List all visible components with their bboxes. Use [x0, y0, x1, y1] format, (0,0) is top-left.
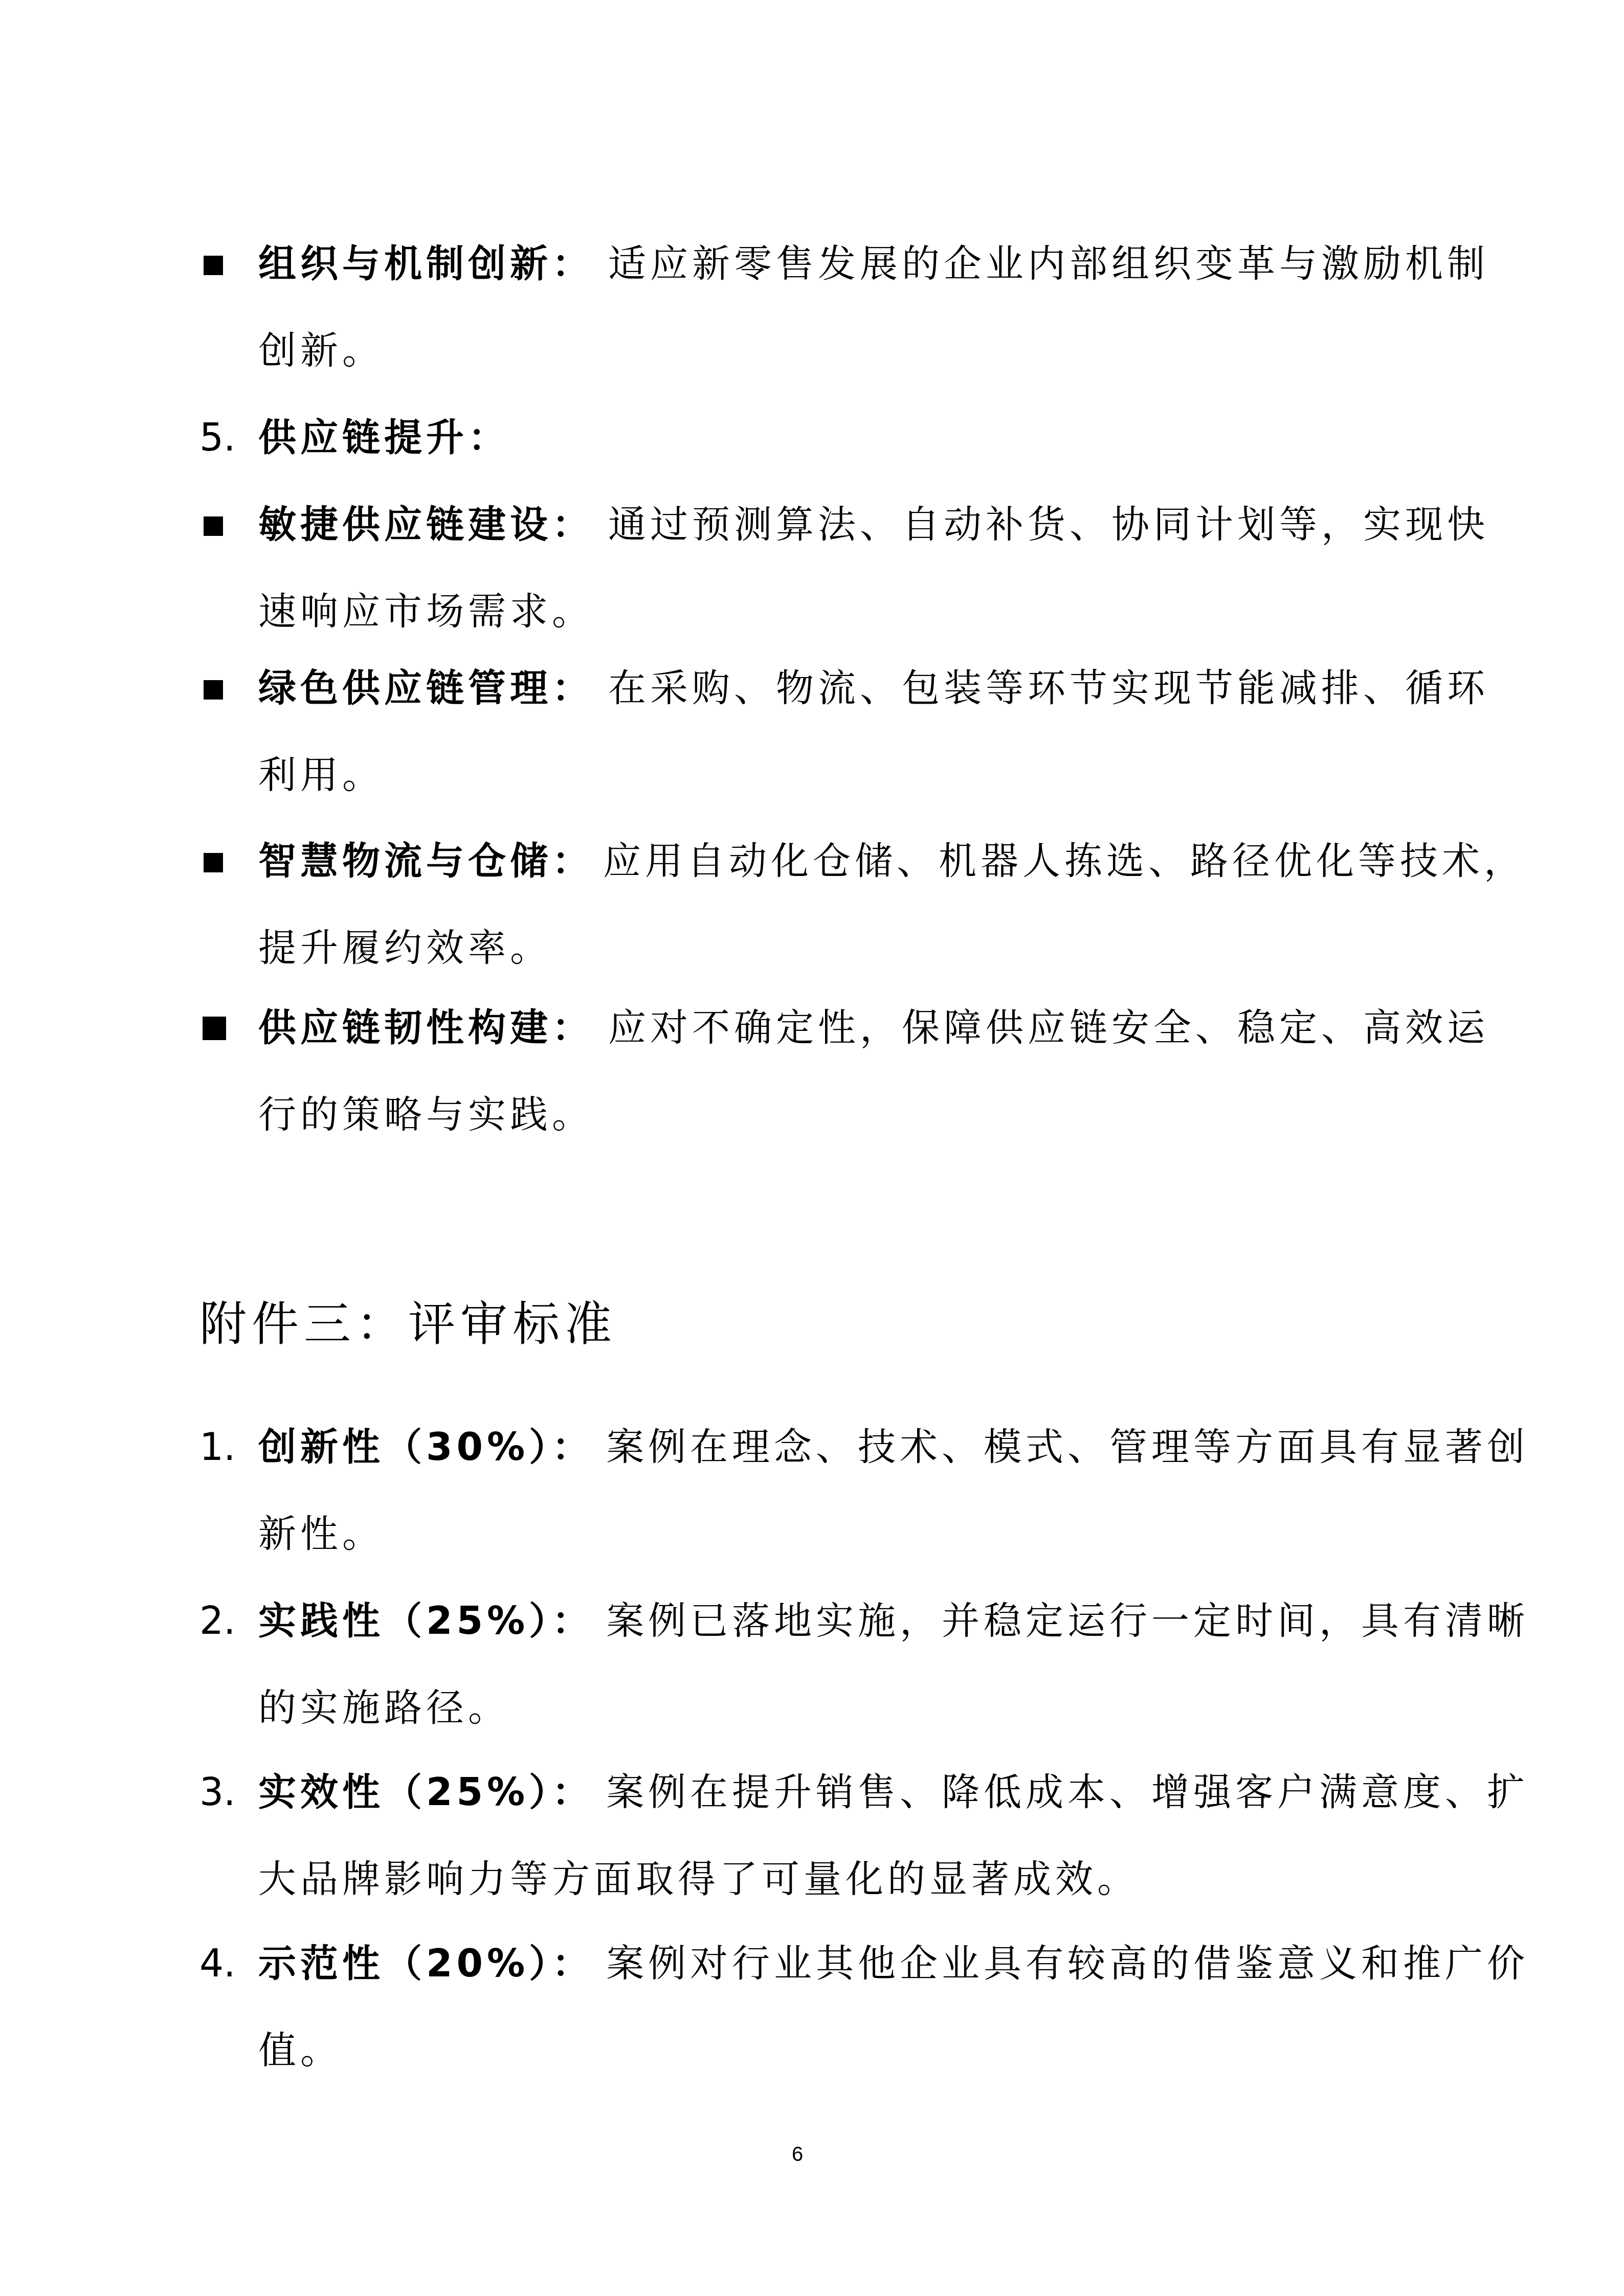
criterion-text: 案例在提升销售、降低成本、增强客户满意度、扩: [606, 1770, 1529, 1814]
criterion-line-1: 示范性（20%）：案例对行业其他企业具有较高的借鉴意义和推广价: [258, 1938, 1529, 1989]
page-number: 6: [792, 2142, 803, 2167]
square-bullet-icon: [204, 516, 223, 536]
bullet-continuation: 行的策略与实践。: [258, 1089, 594, 1140]
criterion-number: 1.: [199, 1422, 236, 1473]
bullet-line-1: 供应链韧性构建：应对不确定性，保障供应链安全、稳定、高效运: [258, 1002, 1489, 1053]
criterion-label: 实效性（25%）：: [258, 1770, 594, 1814]
bullet-text: 适应新零售发展的企业内部组织变革与激励机制: [608, 242, 1489, 286]
bullet-label: 组织与机制创新：: [258, 242, 594, 286]
square-bullet-icon: [204, 853, 223, 872]
bullet-label: 智慧物流与仓储：: [258, 839, 594, 883]
criterion-number: 4.: [199, 1938, 236, 1989]
criterion-label: 实践性（25%）：: [258, 1599, 594, 1643]
criterion-line-1: 实效性（25%）：案例在提升销售、降低成本、增强客户满意度、扩: [258, 1767, 1529, 1818]
criterion-continuation: 值。: [258, 2025, 342, 2076]
bullet-continuation: 利用。: [258, 750, 384, 801]
criterion-line-1: 实践性（25%）：案例已落地实施，并稳定运行一定时间，具有清晰: [258, 1595, 1529, 1647]
criterion-continuation: 大品牌影响力等方面取得了可量化的显著成效。: [258, 1854, 1139, 1905]
bullet-text: 应对不确定性，保障供应链安全、稳定、高效运: [608, 1006, 1489, 1050]
bullet-line-1: 绿色供应链管理：在采购、物流、包装等环节实现节能减排、循环: [258, 663, 1489, 714]
bullet-text: 应用自动化仓储、机器人拣选、路径优化等技术，: [603, 839, 1526, 883]
square-bullet-icon: [204, 680, 223, 700]
bullet-label: 敏捷供应链建设：: [258, 503, 594, 547]
criterion-label: 创新性（30%）：: [258, 1425, 594, 1469]
square-bullet-icon: [204, 256, 223, 275]
criterion-continuation: 新性。: [258, 1509, 384, 1560]
document-page: 组织与机制创新：适应新零售发展的企业内部组织变革与激励机制 创新。 5. 供应链…: [0, 0, 1624, 2296]
criterion-text: 案例在理念、技术、模式、管理等方面具有显著创: [606, 1425, 1529, 1469]
criterion-label: 示范性（20%）：: [258, 1942, 594, 1986]
bullet-label: 绿色供应链管理：: [258, 666, 594, 710]
section-number: 5.: [199, 412, 236, 463]
criterion-continuation: 的实施路径。: [258, 1682, 510, 1734]
criterion-number: 2.: [199, 1595, 236, 1647]
square-bullet-icon: [203, 1017, 226, 1040]
section-title: 供应链提升：: [258, 412, 510, 463]
criterion-number: 3.: [199, 1767, 236, 1818]
bullet-continuation: 速响应市场需求。: [258, 586, 594, 637]
bullet-text: 通过预测算法、自动补货、协同计划等，实现快: [608, 503, 1489, 547]
criterion-text: 案例已落地实施，并稳定运行一定时间，具有清晰: [606, 1599, 1529, 1643]
bullet-line-1: 智慧物流与仓储：应用自动化仓储、机器人拣选、路径优化等技术，: [258, 836, 1526, 887]
bullet-text: 在采购、物流、包装等环节实现节能减排、循环: [608, 666, 1489, 710]
criterion-text: 案例对行业其他企业具有较高的借鉴意义和推广价: [606, 1942, 1529, 1986]
bullet-label: 供应链韧性构建：: [258, 1006, 594, 1050]
bullet-line-1: 组织与机制创新：适应新零售发展的企业内部组织变革与激励机制: [258, 238, 1489, 289]
bullet-line-1: 敏捷供应链建设：通过预测算法、自动补货、协同计划等，实现快: [258, 499, 1489, 550]
criterion-line-1: 创新性（30%）：案例在理念、技术、模式、管理等方面具有显著创: [258, 1422, 1529, 1473]
annex-3-heading: 附件三：评审标准: [199, 1294, 617, 1355]
bullet-continuation: 提升履约效率。: [258, 922, 552, 974]
bullet-continuation: 创新。: [258, 325, 384, 376]
